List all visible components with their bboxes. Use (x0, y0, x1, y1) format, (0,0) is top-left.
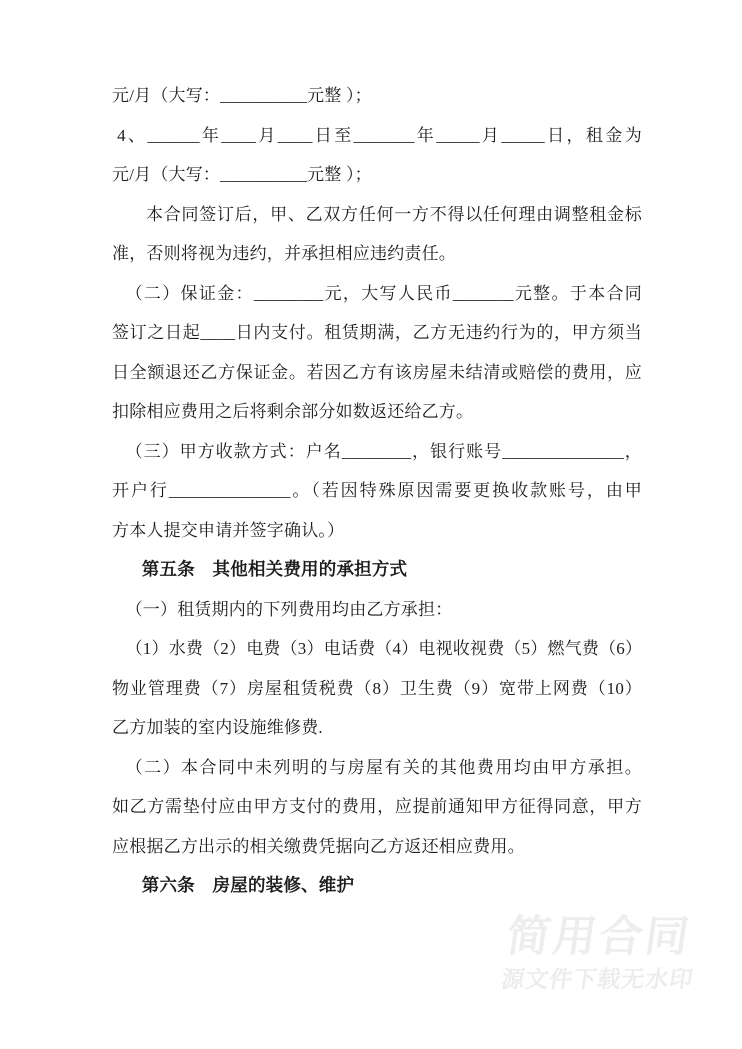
watermark: 简用合同 源文件下载无水印 (499, 912, 703, 996)
line-payment-method-3: 方本人提交申请并签字确认。） (112, 511, 642, 551)
line-fee-list-1: （1）水费（2）电费（3）电话费（4）电视收视费（5）燃气费（6） (112, 629, 642, 669)
line-landlord-fees-2: 如乙方需垫付应由甲方支付的费用，应提前通知甲方征得同意，甲方 (112, 787, 642, 827)
line-fee-list-2: 物业管理费（7）房屋租赁税费（8）卫生费（9）宽带上网费（10） (112, 669, 642, 709)
line-no-adjust-2: 准，否则将视为违约，并承担相应违约责任。 (112, 234, 642, 274)
watermark-logo-text: 简用合同 (504, 912, 703, 962)
line-rent-cap-amount: 元/月（大写：__________元整 ）； (112, 76, 642, 116)
contract-text: 元/月（大写：__________元整 ）； 4、______年____月___… (112, 76, 642, 906)
line-rent-term-4: 4、______年____月____日至_______年_____月_____日… (112, 116, 642, 156)
line-deposit-3: 日全额退还乙方保证金。若因乙方有该房屋未结清或赔偿的费用，应 (112, 353, 642, 393)
line-payment-method-2: 开户行______________。（若因特殊原因需要更换收款账号，由甲 (112, 471, 642, 511)
line-deposit-1: （二）保证金：________元，大写人民币_______元整。于本合同 (112, 274, 642, 314)
line-rent-cap-amount-2: 元/月（大写：__________元整 ）； (112, 155, 642, 195)
document-page: 元/月（大写：__________元整 ）； 4、______年____月___… (0, 0, 742, 1049)
line-no-adjust-1: 本合同签订后，甲、乙双方任何一方不得以任何理由调整租金标 (112, 195, 642, 235)
watermark-subtitle: 源文件下载无水印 (499, 962, 696, 996)
line-landlord-fees-1: （二）本合同中未列明的与房屋有关的其他费用均由甲方承担。 (112, 748, 642, 788)
line-fee-list-3: 乙方加装的室内设施维修费. (112, 708, 642, 748)
line-deposit-4: 扣除相应费用之后将剩余部分如数返还给乙方。 (112, 392, 642, 432)
section-heading-article-5: 第五条 其他相关费用的承担方式 (112, 550, 642, 590)
line-landlord-fees-3: 应根据乙方出示的相关缴费凭据向乙方返还相应费用。 (112, 827, 642, 867)
line-tenant-fees-intro: （一）租赁期内的下列费用均由乙方承担： (112, 590, 642, 630)
section-heading-article-6: 第六条 房屋的装修、维护 (112, 866, 642, 906)
line-deposit-2: 签订之日起____日内支付。租赁期满，乙方无违约行为的，甲方须当 (112, 313, 642, 353)
line-payment-method-1: （三）甲方收款方式：户名________，银行账号______________， (112, 432, 642, 472)
